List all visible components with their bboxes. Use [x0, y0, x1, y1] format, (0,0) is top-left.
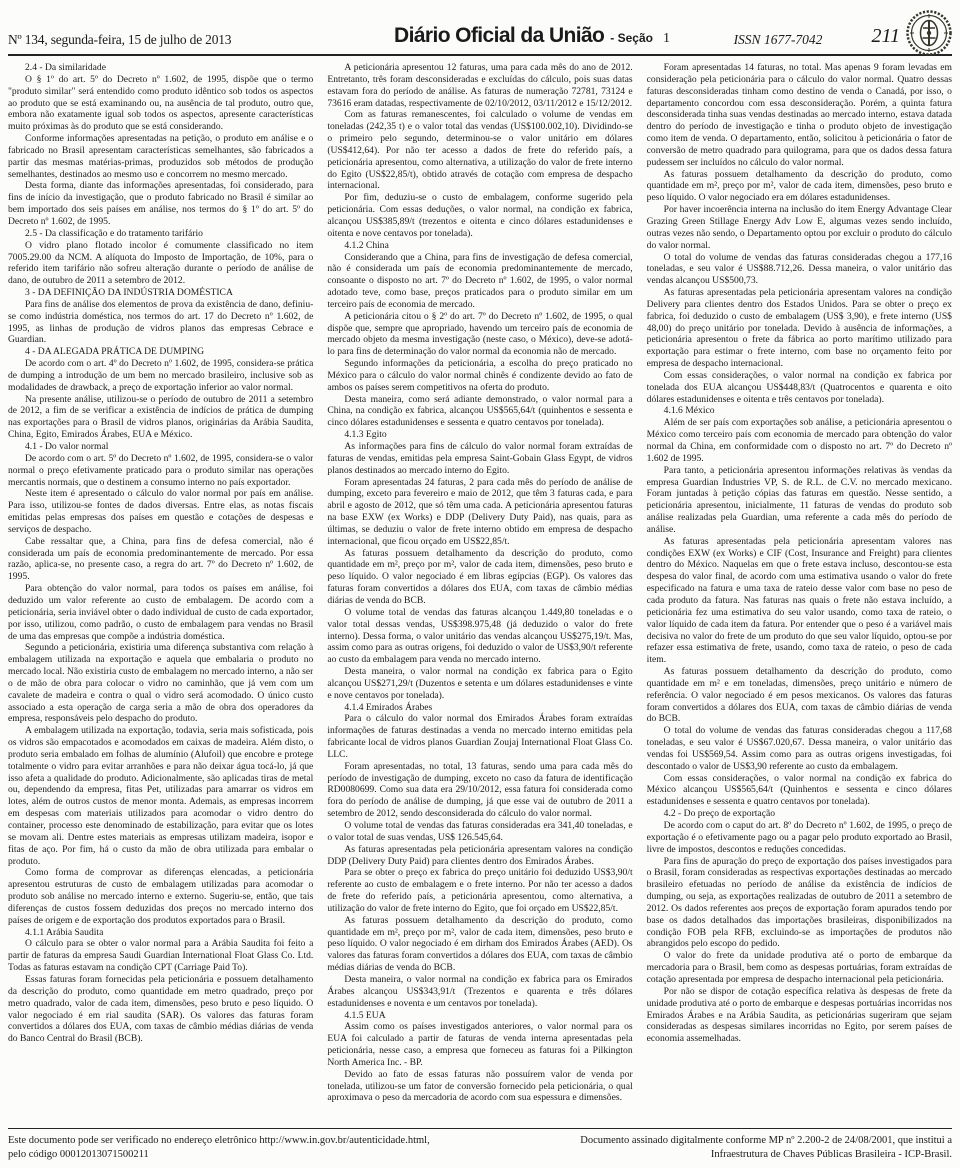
paragraph: 2.5 - Da classificação e do tratamento t… [8, 228, 313, 240]
paragraph: As faturas apresentadas pela peticionári… [647, 536, 952, 666]
paragraph: Desta forma, diante das informações apre… [8, 180, 313, 227]
paragraph: A peticionária apresentou 12 faturas, um… [327, 62, 632, 109]
paragraph: Como forma de comprovar as diferenças el… [8, 867, 313, 926]
paragraph: As faturas possuem detalhamento da descr… [327, 915, 632, 974]
paragraph: Desta maneira, o valor normal na condiçã… [327, 666, 632, 702]
masthead-title: Diário Oficial da União [394, 24, 604, 47]
text-column-3: Foram apresentadas 14 faturas, no total.… [647, 62, 952, 1116]
digital-signature-note: Documento assinado digitalmente conforme… [580, 1134, 952, 1161]
paragraph: 4.1.1 Arábia Saudita [8, 927, 313, 939]
paragraph: O vidro plano flotado incolor é comument… [8, 240, 313, 287]
paragraph: Cabe ressaltar que, a China, para fins d… [8, 536, 313, 583]
paragraph: O § 1º do art. 5º do Decreto nº 1.602, d… [8, 74, 313, 133]
footer-divider [8, 1128, 952, 1129]
paragraph: Por fim, deduziu-se o custo de embalagem… [327, 192, 632, 239]
masthead: Diário Oficial da União - Seção 1 [356, 24, 708, 48]
text-column-1: 2.4 - Da similaridadeO § 1º do art. 5º d… [8, 62, 313, 1116]
paragraph: As faturas apresentadas pela peticionári… [327, 844, 632, 868]
text-column-2: A peticionária apresentou 12 faturas, um… [327, 62, 632, 1116]
paragraph: Além de ser país com exportações sob aná… [647, 417, 952, 464]
paragraph: 4.1.2 China [327, 240, 632, 252]
paragraph: As faturas possuem detalhamento da descr… [647, 169, 952, 205]
paragraph: 4.1.4 Emirados Árabes [327, 702, 632, 714]
paragraph: Com essas considerações, o valor normal … [647, 370, 952, 406]
verification-note-line1: Este documento pode ser verificado no en… [8, 1134, 430, 1148]
article-body: 2.4 - Da similaridadeO § 1º do art. 5º d… [0, 56, 960, 1116]
paragraph: 4 - DA ALEGADA PRÁTICA DE DUMPING [8, 346, 313, 358]
paragraph: 4.1.3 Egito [327, 429, 632, 441]
paragraph: A peticionária citou o § 2º do art. 7º d… [327, 311, 632, 358]
paragraph: Para fins de apuração do preço de export… [647, 856, 952, 951]
paragraph: Por haver incoerência interna na inclusã… [647, 204, 952, 251]
paragraph: A embalagem utilizada na exportação, tod… [8, 725, 313, 867]
paragraph: 4.1.5 EUA [327, 1010, 632, 1022]
national-press-seal-icon [900, 10, 954, 56]
paragraph: Essas faturas foram fornecidas pela peti… [8, 974, 313, 1045]
masthead-section-label: - Seção [610, 31, 653, 45]
paragraph: Conforme informações apresentadas na pet… [8, 133, 313, 180]
paragraph: Considerando que a China, para fins de i… [327, 252, 632, 311]
newspaper-page: Nº 134, segunda-feira, 15 de julho de 20… [0, 0, 960, 1168]
paragraph: Para tanto, a peticionária apresentou in… [647, 465, 952, 536]
paragraph: Neste item é apresentado o cálculo do va… [8, 488, 313, 535]
paragraph: Foram apresentadas 14 faturas, no total.… [647, 62, 952, 169]
page-footer: Este documento pode ser verificado no en… [0, 1128, 960, 1161]
paragraph: O cálculo para se obter o valor normal p… [8, 938, 313, 974]
paragraph: As informações para fins de cálculo do v… [327, 441, 632, 477]
paragraph: O valor do frete da unidade produtiva at… [647, 950, 952, 986]
paragraph: De acordo com o art. 5º do Decreto nº 1.… [8, 453, 313, 489]
paragraph: 4.1 - Do valor normal [8, 441, 313, 453]
masthead-section-number: 1 [663, 31, 670, 46]
paragraph: Segundo informações da peticionária, a e… [327, 358, 632, 394]
paragraph: O volume total de vendas das faturas con… [327, 820, 632, 844]
paragraph: Assim como os países investigados anteri… [327, 1021, 632, 1068]
paragraph: Desta maneira, o valor normal na condiçã… [327, 974, 632, 1010]
paragraph: As faturas possuem detalhamento da descr… [647, 666, 952, 725]
paragraph: O volume total de vendas das faturas alc… [327, 607, 632, 666]
paragraph: 3 - DA DEFINIÇÃO DA INDÚSTRIA DOMÉSTICA [8, 287, 313, 299]
paragraph: As faturas apresentadas pela peticionári… [647, 287, 952, 370]
paragraph: Para fins de análise dos elementos de pr… [8, 299, 313, 346]
paragraph: Para obtenção do valor normal, para todo… [8, 583, 313, 642]
signature-note-line1: Documento assinado digitalmente conforme… [580, 1134, 952, 1148]
paragraph: 4.2 - Do preço de exportação [647, 808, 952, 820]
page-number: 211 [848, 25, 900, 48]
paragraph: As faturas possuem detalhamento da descr… [327, 548, 632, 607]
verification-note: Este documento pode ser verificado no en… [8, 1134, 430, 1161]
paragraph: Para o cálculo do valor normal dos Emira… [327, 713, 632, 760]
paragraph: Devido ao fato de essas faturas não poss… [327, 1069, 632, 1105]
paragraph: Desta maneira, como será adiante demonst… [327, 394, 632, 430]
edition-info: Nº 134, segunda-feira, 15 de julho de 20… [8, 32, 356, 48]
paragraph: O total do volume de vendas das faturas … [647, 252, 952, 288]
paragraph: Por não se dispor de cotação específica … [647, 986, 952, 1045]
paragraph: 4.1.6 México [647, 405, 952, 417]
paragraph: Foram apresentadas 24 faturas, 2 para ca… [327, 477, 632, 548]
paragraph: Na presente análise, utilizou-se o perío… [8, 394, 313, 441]
paragraph: 2.4 - Da similaridade [8, 62, 313, 74]
paragraph: De acordo com o caput do art. 8º do Decr… [647, 820, 952, 856]
page-header: Nº 134, segunda-feira, 15 de julho de 20… [0, 0, 960, 54]
paragraph: O total do volume de vendas das faturas … [647, 725, 952, 772]
verification-note-line2: pelo código 00012013071500211 [8, 1148, 430, 1162]
paragraph: Com essas considerações, o valor normal … [647, 773, 952, 809]
signature-note-line2: Infraestrutura de Chaves Públicas Brasil… [580, 1148, 952, 1162]
paragraph: Foram apresentadas, no total, 13 faturas… [327, 761, 632, 820]
paragraph: Com as faturas remanescentes, foi calcul… [327, 109, 632, 192]
issn-label: ISSN 1677-7042 [708, 32, 848, 48]
paragraph: Para se obter o preço ex fabrica do preç… [327, 867, 632, 914]
paragraph: Segundo a peticionária, existiria uma di… [8, 642, 313, 725]
paragraph: De acordo com o art. 4º do Decreto nº 1.… [8, 358, 313, 394]
